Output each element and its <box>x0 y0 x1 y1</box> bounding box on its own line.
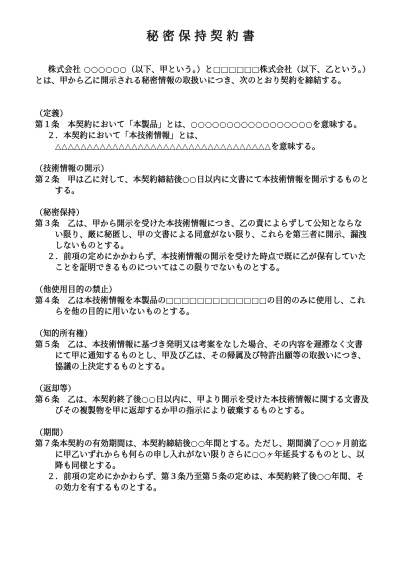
clause: ２．前項の定めにかかわらず、第３条乃至第５条の定めは、本契約終了後○○年間、その… <box>55 471 370 493</box>
clause-label: 第６条 <box>35 395 60 404</box>
clause-text: 前項の定めにかかわらず、第３条乃至第５条の定めは、本契約終了後○○年間、その効力… <box>55 472 364 492</box>
clause-label: ２． <box>47 252 63 261</box>
clause-text: 本契約において「本製品」とは、○○○○○○○○○○○○○○○○○を意味する。 <box>68 120 362 129</box>
clause-label: 第４条 <box>35 296 60 305</box>
article-disclosure: （技術情報の開示） 第２条甲は乙に対して、本契約締結後○○日以内に文書にて本技術… <box>35 163 370 196</box>
clause-label: 第３条 <box>35 219 60 228</box>
clause-text: 乙は、本技術情報に基づき発明又は考案をなした場合、その内容を遅滞なく文書にて甲に… <box>55 340 366 371</box>
article-heading: （技術情報の開示） <box>35 163 370 174</box>
article-return: （返却等） 第６条乙は、本契約終了後○○日以内に、甲より開示を受けた本技術情報に… <box>35 383 370 416</box>
article-heading: （返却等） <box>35 383 370 394</box>
clause-label: 第７条 <box>35 439 60 448</box>
clause: 第３条乙は、甲から開示を受けた本技術情報につき、乙の責によらずして公知とならない… <box>55 218 370 251</box>
article-heading: （知的所有権） <box>35 328 370 339</box>
clause: 第２条甲は乙に対して、本契約締結後○○日以内に文書にて本技術情報を開示するものと… <box>55 174 370 196</box>
clause: 第７条本契約の有効期間は、本契約締結後○○年間とする。ただし、期間満了○○ヶ月前… <box>55 438 370 471</box>
clause: 第５条乙は、本技術情報に基づき発明又は考案をなした場合、その内容を遅滞なく文書に… <box>55 339 370 372</box>
clause-text: 甲は乙に対して、本契約締結後○○日以内に文書にて本技術情報を開示するものとする。 <box>55 175 369 195</box>
clause: 第４条乙は本技術情報を本製品の□□□□□□□□□□□□□の目的のみに使用し、これ… <box>55 295 370 317</box>
article-confidentiality: （秘密保持） 第３条乙は、甲から開示を受けた本技術情報につき、乙の責によらずして… <box>35 207 370 273</box>
preamble: 株式会社 ○○○○○○（以下、甲という。）と□□□□□□株式会社（以下、乙という… <box>35 64 370 86</box>
clause-label: 第２条 <box>35 175 60 184</box>
clause-label: ２． <box>47 472 63 481</box>
clause-text: 乙は、本契約終了後○○日以内に、甲より開示を受けた本技術情報に関する文書及びその… <box>55 395 369 415</box>
clause-label: ２． <box>47 131 63 140</box>
clause-text: 乙は、甲から開示を受けた本技術情報につき、乙の責によらずして公知とならない限り、… <box>55 219 367 250</box>
clause: 第１条本契約において「本製品」とは、○○○○○○○○○○○○○○○○○を意味する… <box>55 119 370 130</box>
nda-contract-page: 秘密保持契約書 株式会社 ○○○○○○（以下、甲という。）と□□□□□□株式会社… <box>0 0 400 565</box>
clause-text: 本契約において「本技術情報」とは、△△△△△△△△△△△△△△△△△△△△△△△… <box>55 131 320 151</box>
clause: ２．本契約において「本技術情報」とは、△△△△△△△△△△△△△△△△△△△△△… <box>55 130 370 152</box>
article-heading: （秘密保持） <box>35 207 370 218</box>
article-heading: （定義） <box>35 108 370 119</box>
clause-text: 前項の定めにかかわらず、本技術情報の開示を受けた時点で既に乙が保有していたことを… <box>55 252 366 272</box>
clause-text: 本契約の有効期間は、本契約締結後○○年間とする。ただし、期間満了○○ヶ月前迄に甲… <box>55 439 367 470</box>
article-heading: （期間） <box>35 427 370 438</box>
article-heading: （他使用目的の禁止） <box>35 284 370 295</box>
clause-label: 第５条 <box>35 340 60 349</box>
clause-label: 第１条 <box>35 120 60 129</box>
article-ip-rights: （知的所有権） 第５条乙は、本技術情報に基づき発明又は考案をなした場合、その内容… <box>35 328 370 372</box>
article-purpose-restriction: （他使用目的の禁止） 第４条乙は本技術情報を本製品の□□□□□□□□□□□□□の… <box>35 284 370 317</box>
article-definitions: （定義） 第１条本契約において「本製品」とは、○○○○○○○○○○○○○○○○○… <box>35 108 370 152</box>
clause-text: 乙は本技術情報を本製品の□□□□□□□□□□□□□の目的のみに使用し、これらを他… <box>55 296 365 316</box>
article-term: （期間） 第７条本契約の有効期間は、本契約締結後○○年間とする。ただし、期間満了… <box>35 427 370 493</box>
clause: ２．前項の定めにかかわらず、本技術情報の開示を受けた時点で既に乙が保有していたこ… <box>55 251 370 273</box>
clause: 第６条乙は、本契約終了後○○日以内に、甲より開示を受けた本技術情報に関する文書及… <box>55 394 370 416</box>
document-title: 秘密保持契約書 <box>35 30 370 43</box>
